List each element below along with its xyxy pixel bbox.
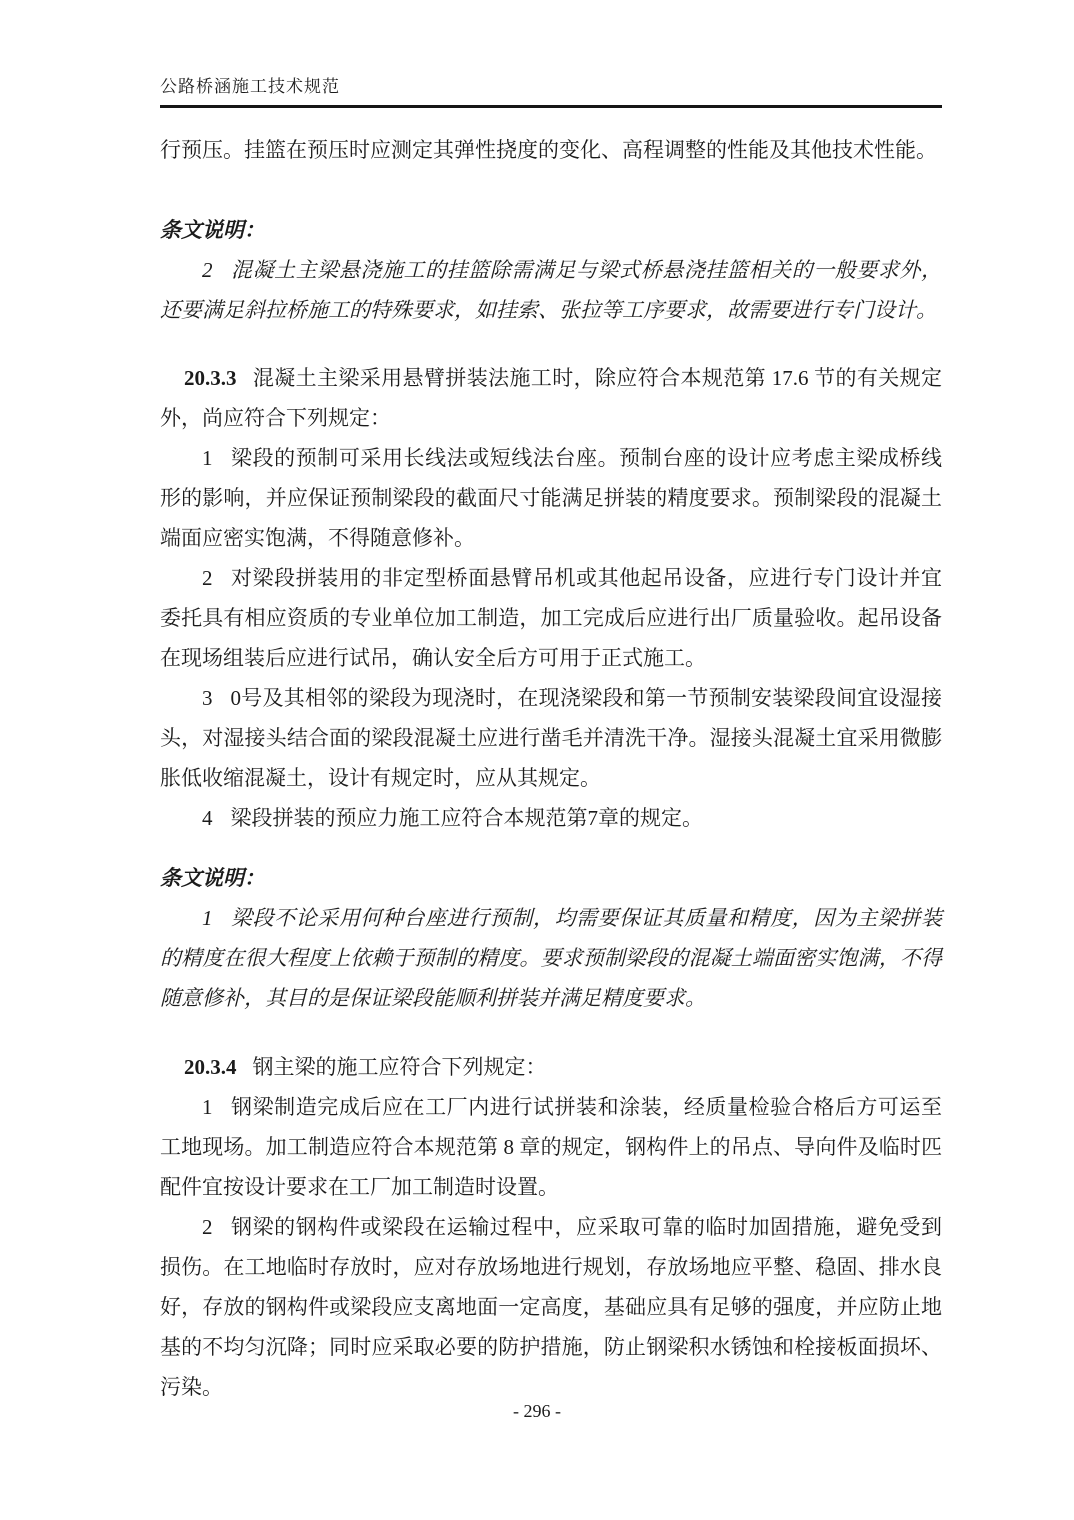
note-item-2-text: 混凝土主梁悬浇施工的挂篮除需满足与梁式桥悬浇挂篮相关的一般要求外，还要满足斜拉桥… <box>160 258 942 322</box>
page-header: 公路桥涵施工技术规范 <box>160 76 942 108</box>
item-2-text: 对梁段拼装用的非定型桥面悬臂吊机或其他起吊设备，应进行专门设计并宜委托具有相应资… <box>160 566 942 670</box>
steel-item-2-text: 钢梁的钢构件或梁段在运输过程中，应采取可靠的临时加固措施，避免受到损伤。在工地临… <box>160 1215 942 1399</box>
document-body: 行预压。挂篮在预压时应测定其弹性挠度的变化、高程调整的性能及其他技术性能。 条文… <box>160 130 942 1407</box>
page-number: - 296 - <box>513 1401 561 1421</box>
clause-20-3-3-item-3: 30号及其相邻的梁段为现浇时，在现浇梁段和第一节预制安装梁段间宜设湿接头，对湿接… <box>160 678 942 798</box>
clause-20-3-4-item-1: 1钢梁制造完成后应在工厂内进行试拼装和涂装，经质量检验合格后方可运至工地现场。加… <box>160 1087 942 1207</box>
clause-20-3-3-item-2: 2对梁段拼装用的非定型桥面悬臂吊机或其他起吊设备，应进行专门设计并宜委托具有相应… <box>160 558 942 678</box>
clause-20-3-3: 20.3.3混凝土主梁采用悬臂拼装法施工时，除应符合本规范第 17.6 节的有关… <box>160 358 942 438</box>
item-4-text: 梁段拼装的预应力施工应符合本规范第7章的规定。 <box>231 806 704 830</box>
note-item-1-text: 梁段不论采用何种台座进行预制，均需要保证其质量和精度，因为主梁拼装的精度在很大程… <box>160 906 942 1010</box>
steel-item-1-number: 1 <box>202 1095 213 1119</box>
page-footer: - 296 - <box>0 1398 1074 1424</box>
note-item-1: 1梁段不论采用何种台座进行预制，均需要保证其质量和精度，因为主梁拼装的精度在很大… <box>160 898 942 1018</box>
note-item-2-number: 2 <box>202 258 213 282</box>
item-4-number: 4 <box>202 806 213 830</box>
note-label-first: 条文说明： <box>160 210 942 250</box>
clause-20-3-4-number: 20.3.4 <box>184 1055 237 1079</box>
steel-item-2-number: 2 <box>202 1215 213 1239</box>
note-label-second: 条文说明： <box>160 858 942 898</box>
item-2-number: 2 <box>202 566 213 590</box>
document-page: 公路桥涵施工技术规范 行预压。挂篮在预压时应测定其弹性挠度的变化、高程调整的性能… <box>0 0 1074 1520</box>
note-item-2: 2混凝土主梁悬浇施工的挂篮除需满足与梁式桥悬浇挂篮相关的一般要求外，还要满足斜拉… <box>160 250 942 330</box>
item-1-text: 梁段的预制可采用长线法或短线法台座。预制台座的设计应考虑主梁成桥线形的影响，并应… <box>160 446 942 550</box>
clause-20-3-4-text: 钢主梁的施工应符合下列规定： <box>253 1055 547 1079</box>
clause-20-3-3-item-1: 1梁段的预制可采用长线法或短线法台座。预制台座的设计应考虑主梁成桥线形的影响，并… <box>160 438 942 558</box>
note-item-1-number: 1 <box>202 906 213 930</box>
clause-20-3-3-text: 混凝土主梁采用悬臂拼装法施工时，除应符合本规范第 17.6 节的有关规定外，尚应… <box>160 366 942 430</box>
clause-20-3-3-item-4: 4梁段拼装的预应力施工应符合本规范第7章的规定。 <box>160 798 942 838</box>
item-3-number: 3 <box>202 686 213 710</box>
steel-item-1-text: 钢梁制造完成后应在工厂内进行试拼装和涂装，经质量检验合格后方可运至工地现场。加工… <box>160 1095 942 1199</box>
item-1-number: 1 <box>202 446 213 470</box>
header-title: 公路桥涵施工技术规范 <box>160 77 340 96</box>
clause-20-3-3-number: 20.3.3 <box>184 366 237 390</box>
item-3-text: 0号及其相邻的梁段为现浇时，在现浇梁段和第一节预制安装梁段间宜设湿接头，对湿接头… <box>160 686 942 790</box>
clause-20-3-4-item-2: 2钢梁的钢构件或梁段在运输过程中，应采取可靠的临时加固措施，避免受到损伤。在工地… <box>160 1207 942 1407</box>
clause-20-3-4: 20.3.4钢主梁的施工应符合下列规定： <box>160 1047 942 1087</box>
paragraph-continuation: 行预压。挂篮在预压时应测定其弹性挠度的变化、高程调整的性能及其他技术性能。 <box>160 130 942 170</box>
